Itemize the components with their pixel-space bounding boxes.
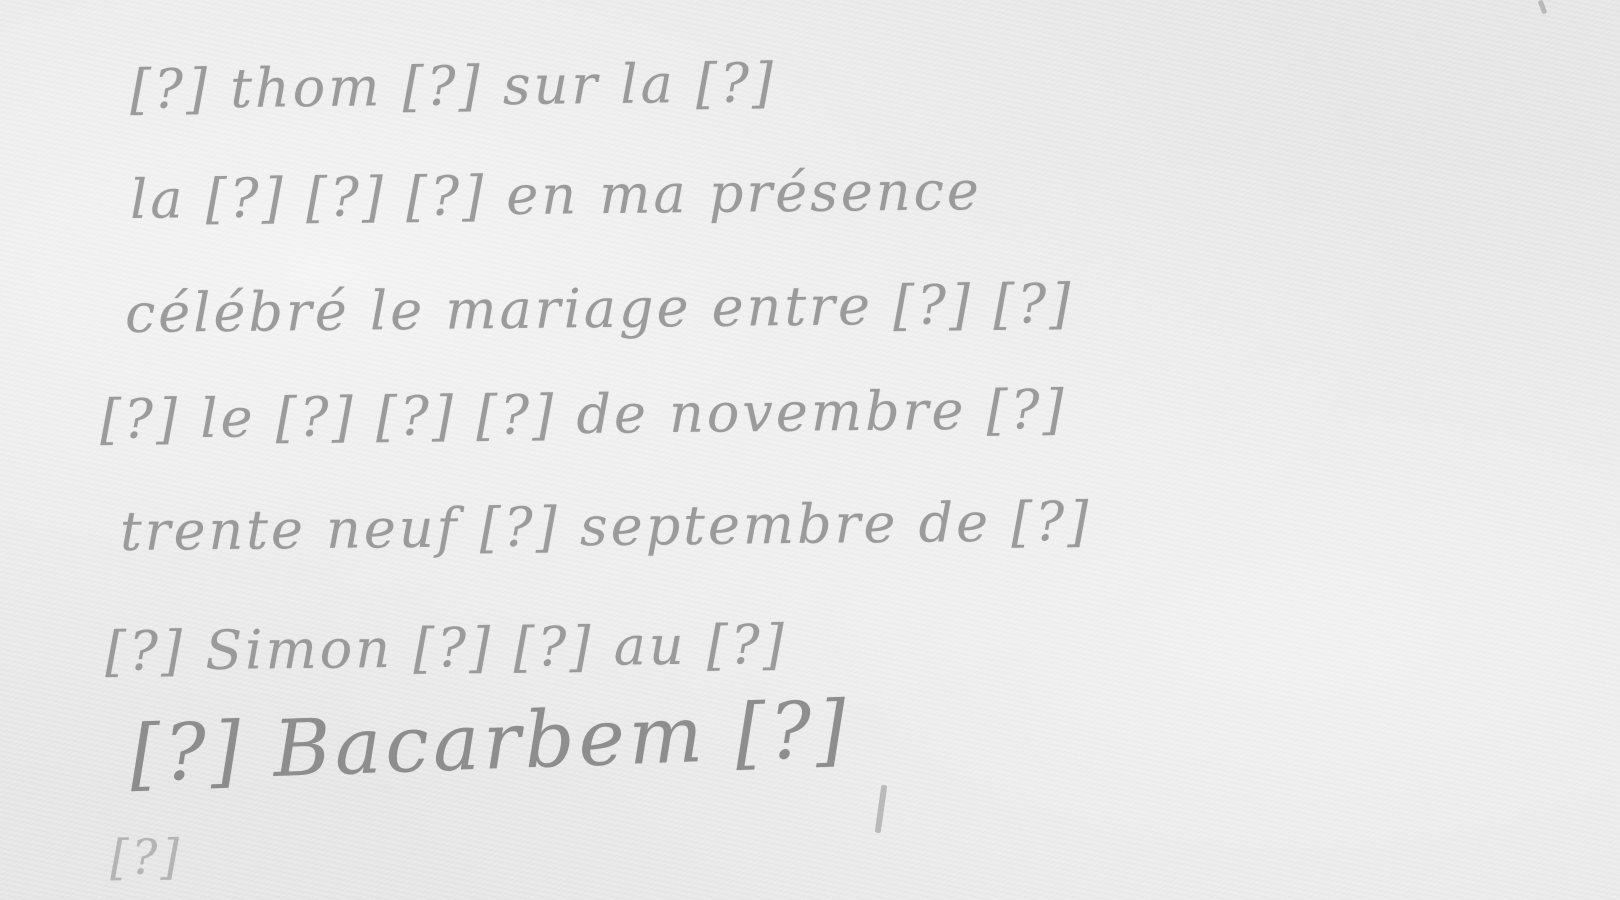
signature: [?] Bacarbem [?]: [128, 685, 851, 800]
handwritten-line-5: trente neuf [?] septembre de [?]: [120, 490, 1092, 563]
handwritten-line-partial: [?]: [110, 829, 183, 886]
ink-stroke: [1538, 0, 1547, 14]
manuscript-page: [?] thom [?] sur la [?] la [?] [?] [?] e…: [0, 0, 1620, 900]
handwritten-line-6: [?] Simon [?] [?] au [?]: [105, 613, 788, 683]
handwritten-line-4: [?] le [?] [?] [?] de novembre [?]: [100, 378, 1067, 451]
handwritten-line-2: la [?] [?] [?] en ma présence: [130, 159, 982, 231]
handwritten-line-3: célébré le mariage entre [?] [?]: [125, 272, 1074, 345]
ink-stroke: [875, 785, 888, 833]
handwritten-line-1: [?] thom [?] sur la [?]: [130, 51, 777, 121]
